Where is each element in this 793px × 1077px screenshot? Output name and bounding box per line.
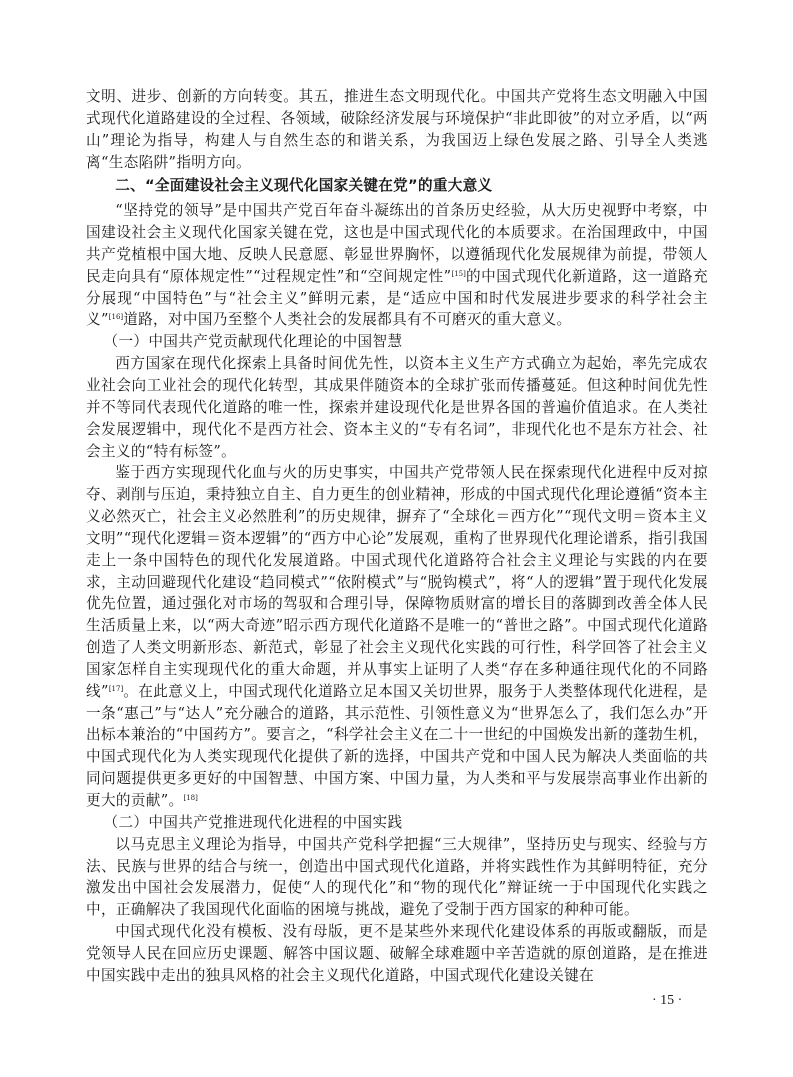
citation-15[interactable]: [15] bbox=[451, 270, 465, 278]
text-segment: 道路，对中国乃至整个人类社会的发展都具有不可磨灭的重大意义。 bbox=[123, 311, 571, 328]
subsection-heading-1: （一）中国共产党贡献现代化理论的中国智慧 bbox=[86, 331, 708, 353]
citation-17[interactable]: [17] bbox=[109, 685, 123, 693]
paragraph-ecological-modernization: 文明、进步、创新的方向转变。其五，推进生态文明现代化。中国共产党将生态文明融入中… bbox=[86, 86, 708, 173]
subsection-heading-2: （二）中国共产党推进现代化进程的中国实践 bbox=[86, 812, 708, 834]
citation-18[interactable]: [18] bbox=[183, 794, 197, 802]
paragraph-marxism-guidance: 以马克思主义理论为指导，中国共产党科学把握“三大规律”，坚持历史与现实、经验与方… bbox=[86, 834, 708, 921]
citation-16[interactable]: [16] bbox=[109, 314, 123, 322]
paragraph-no-template: 中国式现代化没有模板、没有母版，更不是某些外来现代化建设体系的再版或翻版，而是党… bbox=[86, 921, 708, 987]
page-number: · 15 · bbox=[652, 993, 682, 1009]
paragraph-chinese-modernization-theory: 鉴于西方实现现代化血与火的历史事实，中国共产党带领人民在探索现代化进程中反对掠夺… bbox=[86, 462, 708, 812]
section-heading-2: 二、“全面建设社会主义现代化国家关键在党”的重大意义 bbox=[86, 175, 708, 197]
text-segment: 。在此意义上，中国式现代化道路立足本国又关切世界，服务于人类整体现代化进程，是一… bbox=[86, 683, 708, 809]
paragraph-western-modernization: 西方国家在现代化探索上具备时间优先性，以资本主义生产方式确立为起始，率先完成农业… bbox=[86, 353, 708, 462]
paragraph-party-leadership: “坚持党的领导”是中国共产党百年奋斗凝练出的首条历史经验，从大历史视野中考察，中… bbox=[86, 200, 708, 331]
page-body: 文明、进步、创新的方向转变。其五，推进生态文明现代化。中国共产党将生态文明融入中… bbox=[86, 86, 708, 987]
text-segment: 鉴于西方实现现代化血与火的历史事实，中国共产党带领人民在探索现代化进程中反对掠夺… bbox=[86, 464, 708, 699]
